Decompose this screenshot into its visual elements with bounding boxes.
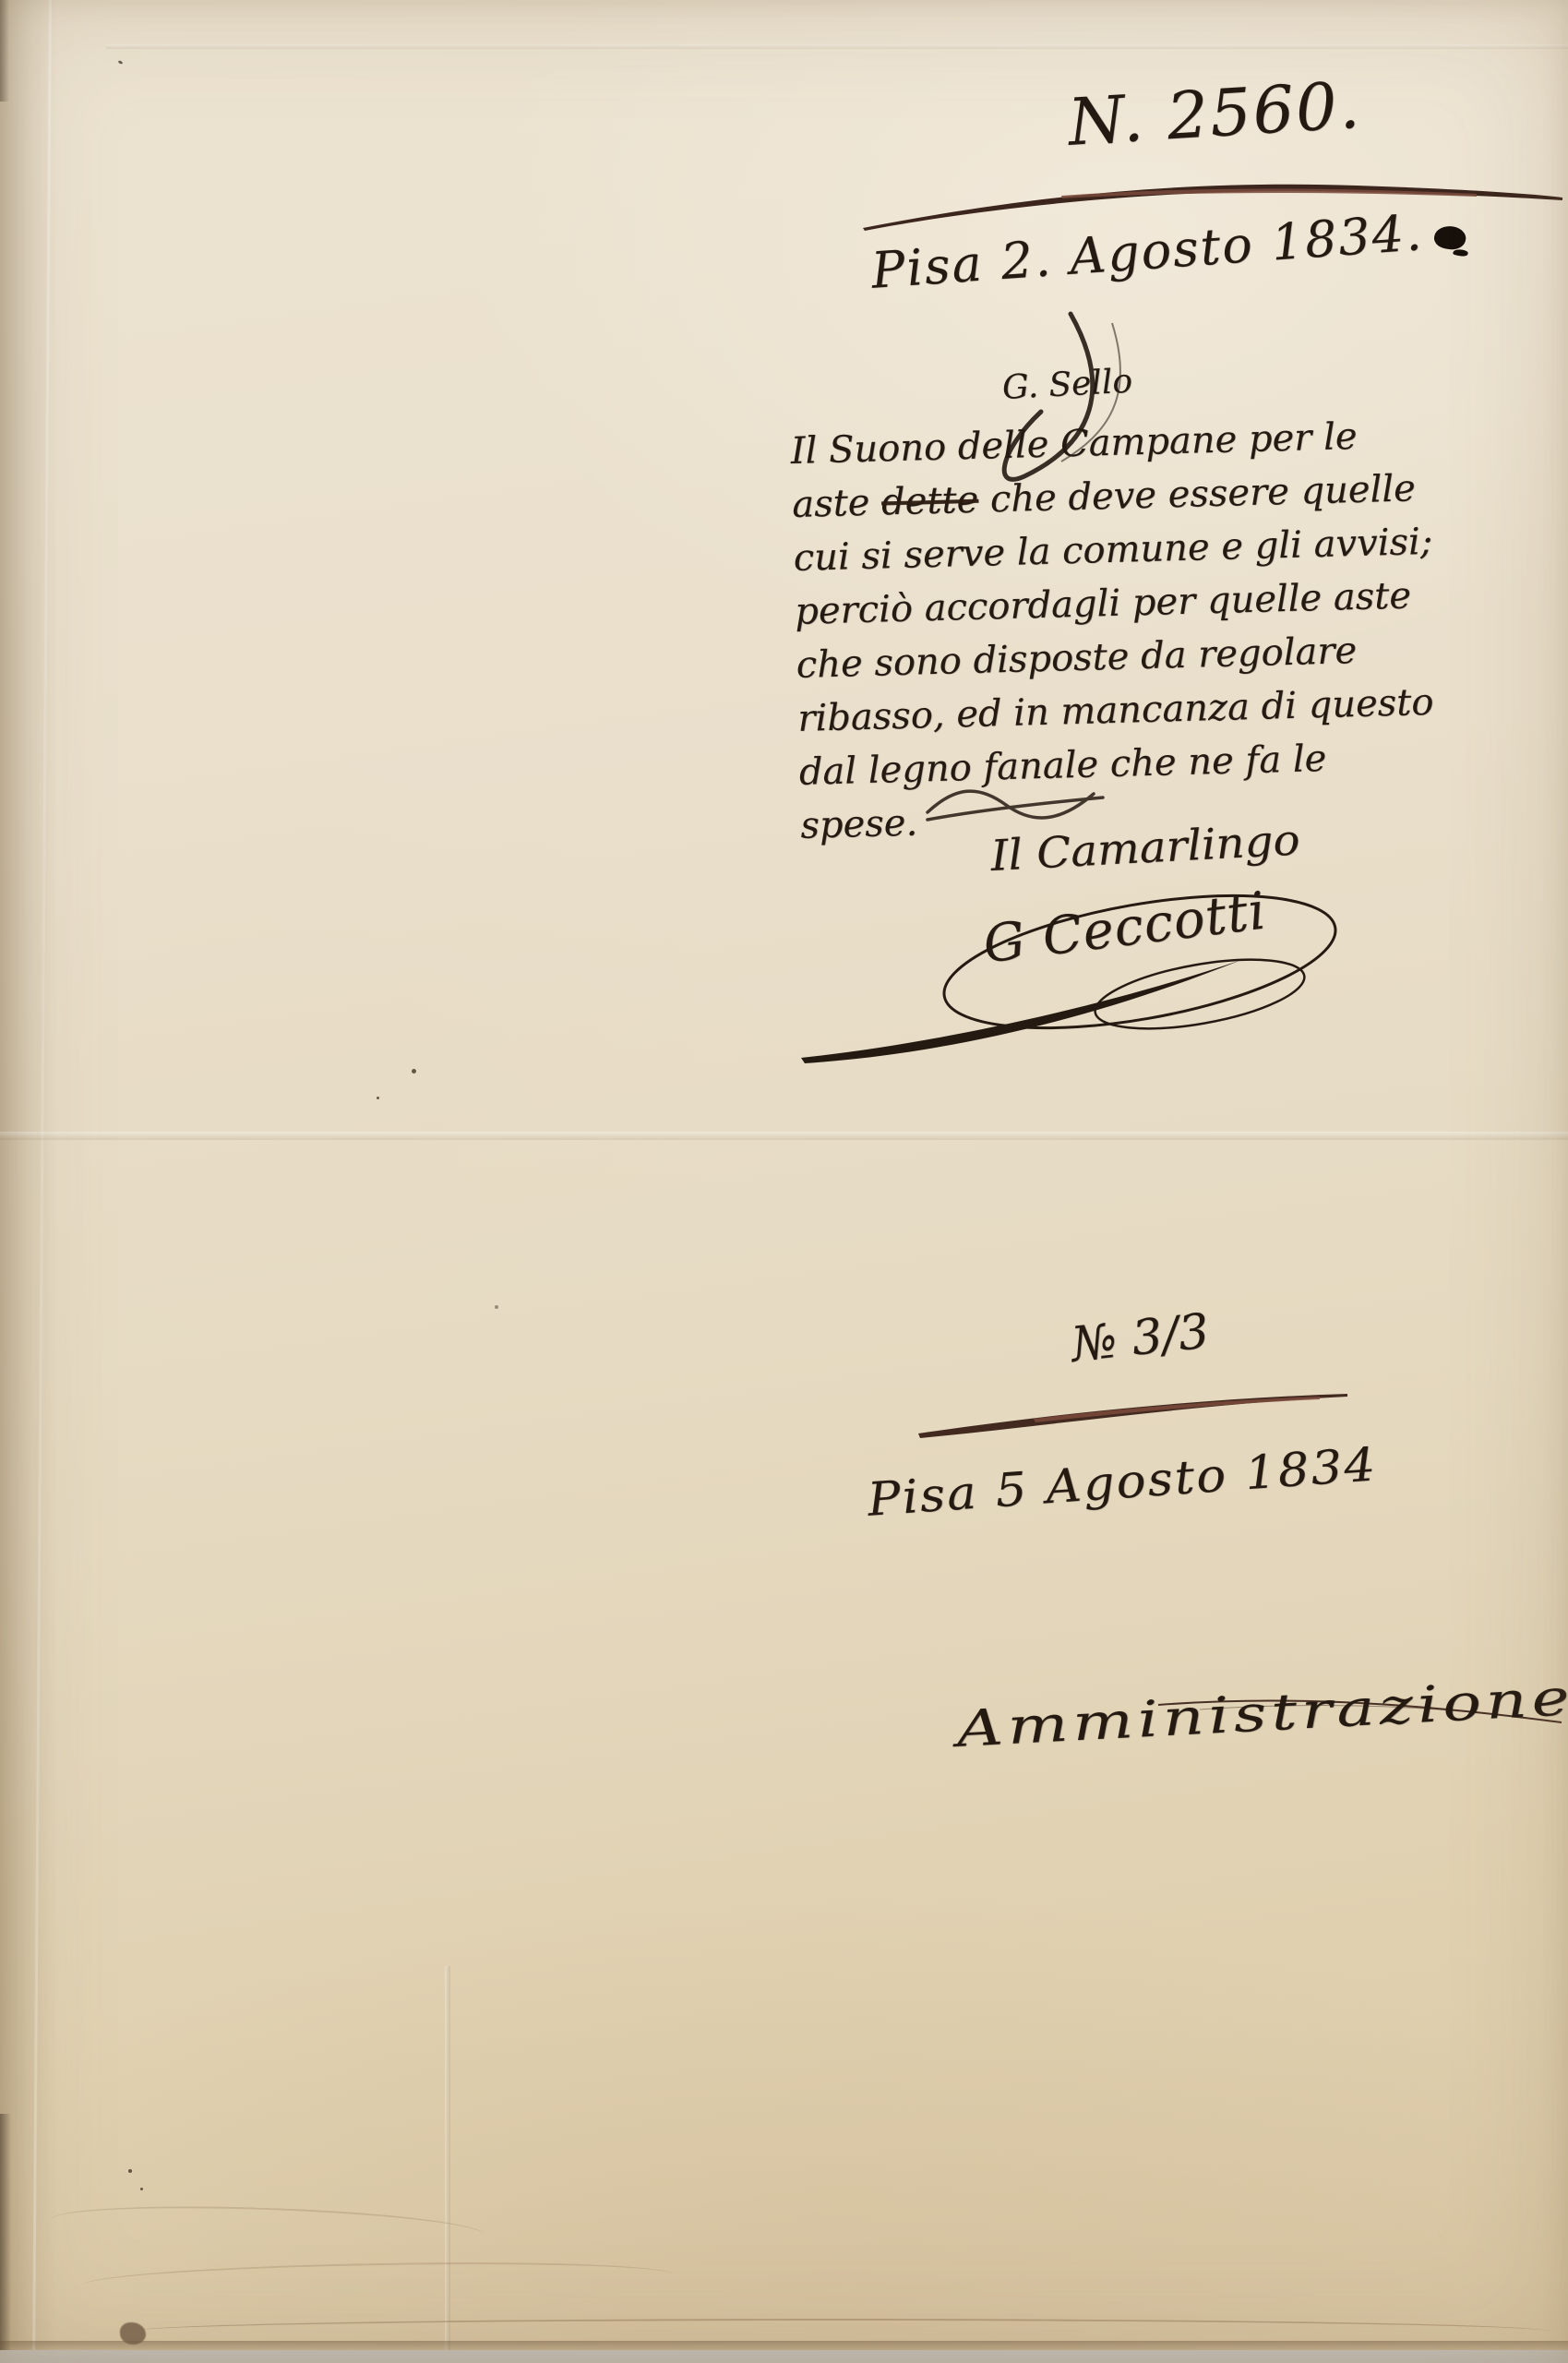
ink-speck — [377, 1097, 379, 1099]
registration-date: Pisa 5 Agosto 1834 — [866, 1437, 1379, 1526]
ink-speck — [495, 1305, 498, 1309]
place-date-text: Pisa 2. Agosto 1834. — [869, 203, 1425, 300]
body-paragraph: Il Suono delle Campane per le aste dette… — [790, 408, 1441, 853]
corner-shadow-bottom-left — [0, 2114, 11, 2363]
underline-flourish-top-core — [1061, 188, 1477, 198]
department-line: Amministrazione — [955, 1668, 1568, 1758]
ink-speck — [118, 60, 124, 65]
scan-background-strip — [0, 2350, 1568, 2363]
underline-flourish-bottom-core — [1034, 1397, 1320, 1422]
registration-number: № 3/3 — [1069, 1303, 1212, 1373]
reference-number: N. 2560. — [1066, 67, 1363, 161]
crease-vertical-bottom — [445, 1966, 450, 2363]
underline-flourish-bottom — [918, 1394, 1347, 1438]
place-date-line: Pisa 2. Agosto 1834. — [869, 200, 1467, 300]
line-post: che deve essere quelle — [978, 467, 1417, 521]
signature-flourish-sweep — [801, 960, 1241, 1063]
addressee-line: G. Sello — [1001, 363, 1133, 407]
signature-flourish-inner — [1090, 947, 1310, 1042]
crease-top — [106, 44, 1568, 49]
ink-speck — [412, 1069, 416, 1074]
fold-crease-middle — [0, 1132, 1568, 1140]
wrinkle-line — [50, 2201, 485, 2254]
line-pre: aste — [792, 481, 882, 526]
ink-speck — [128, 2169, 132, 2173]
struck-word: dette — [880, 479, 978, 524]
ink-blot — [1432, 223, 1467, 252]
vignette — [0, 0, 1568, 2363]
pen-flourish-layer — [0, 0, 1568, 2363]
paper-edge-bottom — [0, 2341, 1568, 2350]
manuscript-page: N. 2560. Pisa 2. Agosto 1834. G. Sello I… — [0, 0, 1568, 2363]
wrinkle-line — [83, 2258, 675, 2301]
ink-speck — [140, 2188, 143, 2190]
signature: G Ceccotti — [980, 881, 1270, 975]
corner-shadow-top-left — [0, 0, 9, 102]
paper-stain — [120, 2322, 146, 2345]
